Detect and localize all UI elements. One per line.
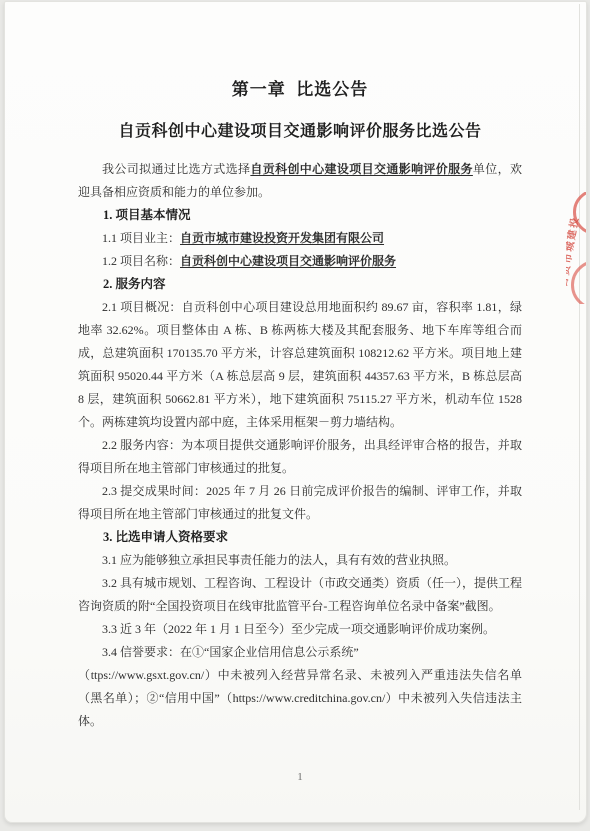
document-content: 第一章 比选公告 自贡科创中心建设项目交通影响评价服务比选公告 我公司拟通过比选… — [78, 2, 522, 733]
item-1-1-label: 1.1 项目业主： — [102, 231, 180, 245]
item-1-2-label: 1.2 项目名称： — [102, 254, 180, 268]
document-body: 我公司拟通过比选方式选择自贡科创中心建设项目交通影响评价服务单位，欢迎具备相应资… — [78, 158, 522, 733]
document-page: 第一章 比选公告 自贡科创中心建设项目交通影响评价服务比选公告 我公司拟通过比选… — [4, 1, 587, 823]
item-1-1-value: 自贡市城市建设投资开发集团有限公司 — [180, 231, 384, 245]
scanned-page-background: 第一章 比选公告 自贡科创中心建设项目交通影响评价服务比选公告 我公司拟通过比选… — [0, 0, 590, 831]
item-1-1-owner: 1.1 项目业主：自贡市城市建设投资开发集团有限公司 — [78, 227, 522, 250]
paragraph-3-4-credit-requirements: 3.4 信誉要求：在①“国家企业信用信息公示系统” （ttps://www.gs… — [78, 641, 522, 733]
intro-project-name: 自贡科创中心建设项目交通影响评价服务 — [250, 162, 473, 176]
paragraph-3-1-legal-entity: 3.1 应为能够独立承担民事责任能力的法人，具有有效的营业执照。 — [78, 549, 522, 572]
page-number: 1 — [78, 771, 522, 783]
paragraph-2-1-overview: 2.1 项目概况：自贡科创中心项目建设总用地面积约 89.67 亩，容积率 1.… — [78, 296, 522, 434]
item-1-2-project-name: 1.2 项目名称：自贡科创中心建设项目交通影响评价服务 — [78, 250, 522, 273]
section-1-heading: 1. 项目基本情况 — [78, 204, 522, 227]
section-3-heading: 3. 比选申请人资格要求 — [78, 526, 522, 549]
document-main-title: 自贡科创中心建设项目交通影响评价服务比选公告 — [78, 122, 522, 142]
intro-paragraph: 我公司拟通过比选方式选择自贡科创中心建设项目交通影响评价服务单位，欢迎具备相应资… — [78, 158, 522, 204]
paragraph-3-3-experience: 3.3 近 3 年（2022 年 1 月 1 日至今）至少完成一项交通影响评价成… — [78, 618, 522, 641]
intro-text-pre: 我公司拟通过比选方式选择 — [102, 162, 250, 176]
item-1-2-value: 自贡科创中心建设项目交通影响评价服务 — [180, 254, 396, 268]
paragraph-2-3-deadline: 2.3 提交成果时间：2025 年 7 月 26 日前完成评价报告的编制、评审工… — [78, 480, 522, 526]
section-2-heading: 2. 服务内容 — [78, 273, 522, 296]
paragraph-2-2-service-content: 2.2 服务内容：为本项目提供交通影响评价服务，出具经评审合格的报告，并取得项目… — [78, 434, 522, 480]
paragraph-3-2-qualifications: 3.2 具有城市规划、工程咨询、工程设计（市政交通类）资质（任一），提供工程咨询… — [78, 572, 522, 618]
chapter-title: 第一章 比选公告 — [78, 80, 522, 100]
page-edge-line — [579, 4, 580, 810]
